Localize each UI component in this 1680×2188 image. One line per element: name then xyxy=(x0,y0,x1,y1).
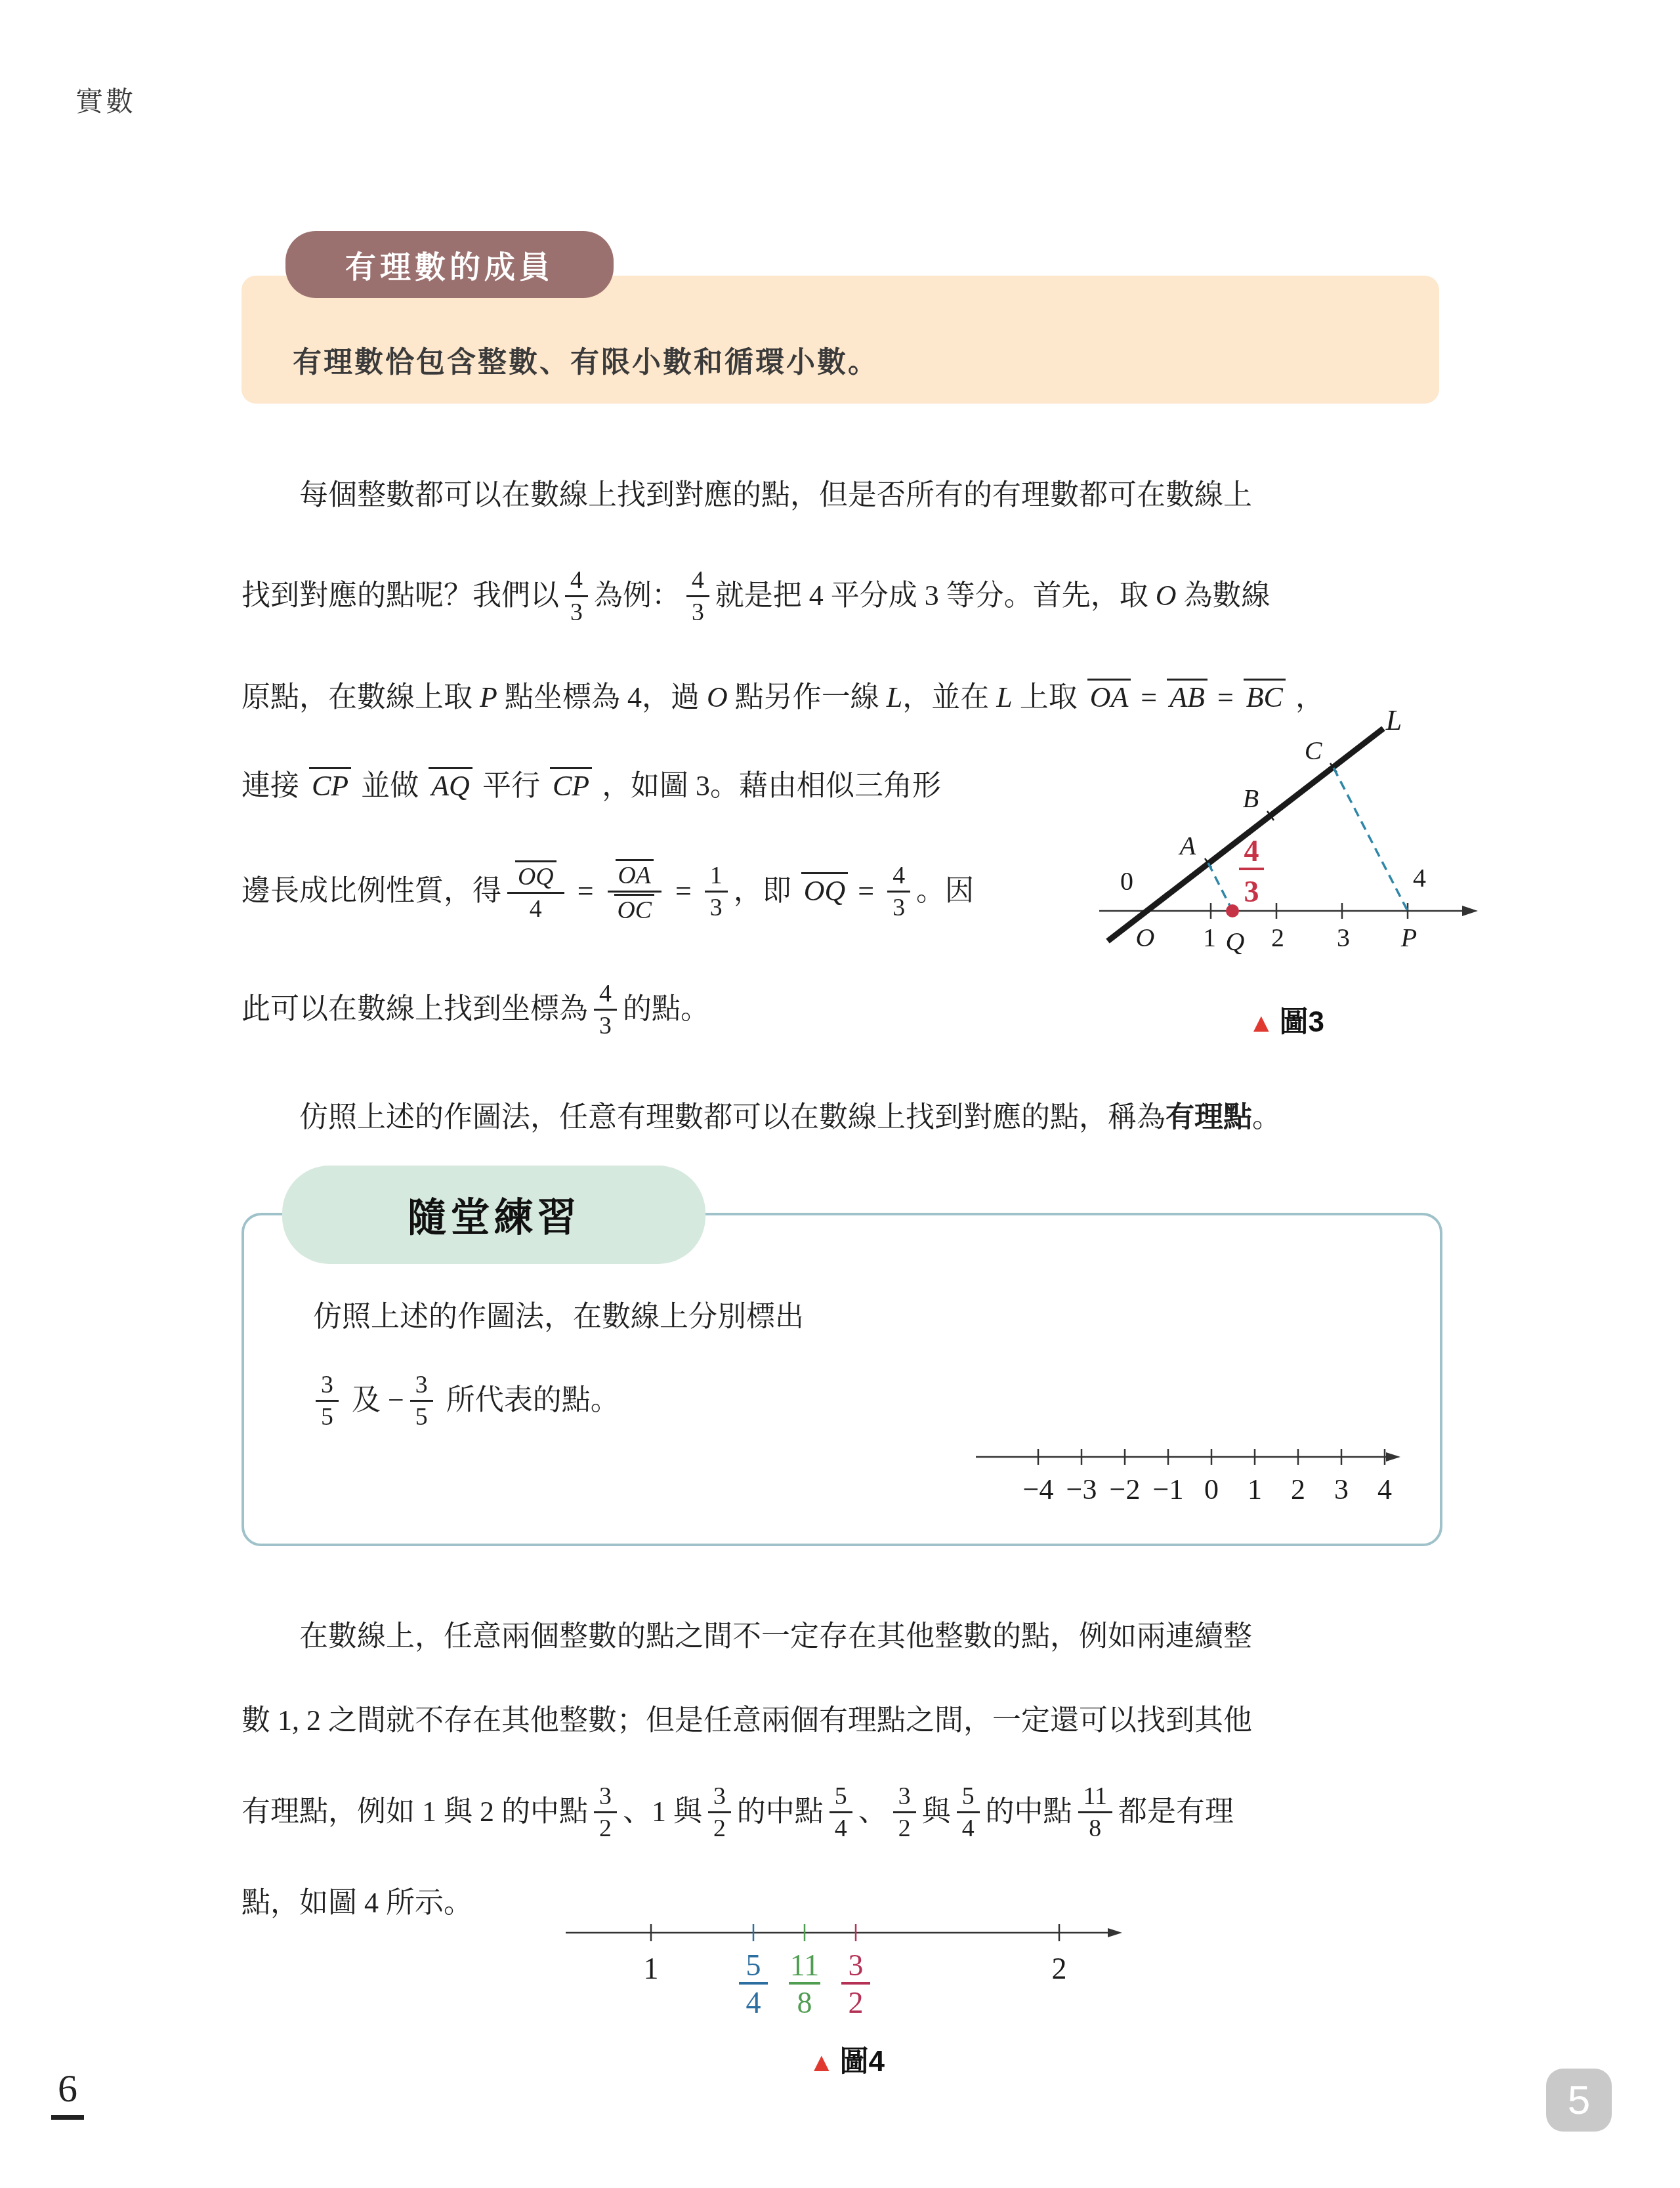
fig4-frac2-num: 11 xyxy=(790,1948,819,1982)
figure-4: 1 2 5 4 11 8 3 2 ▲圖4 xyxy=(564,1913,1155,2080)
svg-text:−1: −1 xyxy=(1153,1473,1184,1505)
fig4-frac1-den: 4 xyxy=(746,1986,761,2019)
p1-line6: 此可以在數線上找到坐標為43的點。 xyxy=(241,952,1062,1066)
fig4-frac3-den: 2 xyxy=(849,1986,864,2019)
fig3-label-L: L xyxy=(1385,704,1402,736)
practice-nl-labels: −4−3 −2−1 01 23 4 xyxy=(1023,1473,1392,1505)
chapter-header: 實數 xyxy=(75,80,136,119)
textbook-page: { "header": { "title": "實數" }, "footer":… xyxy=(0,0,1680,2188)
p1-line1: 每個整數都可以在數線上找到對應的點，但是否所有的有理數都可在數線上 xyxy=(241,453,1470,538)
fig3-label-0: 0 xyxy=(1120,866,1133,896)
figure-4-caption: ▲圖4 xyxy=(564,2038,1129,2080)
fig4-frac2-den: 8 xyxy=(797,1986,812,2019)
fig3-label-P: P xyxy=(1400,923,1417,952)
practice-line2: 35 及 −35 所代表的點。 xyxy=(310,1373,619,1433)
fig3-labels: 0 4 O 1 Q 2 3 P A B C L xyxy=(1120,704,1426,956)
p3-line1: 在數線上，任意兩個整數的點之間不一定存在其他整數的點，例如兩連續整 xyxy=(241,1595,1252,1679)
figure-4-diagram: 1 2 5 4 11 8 3 2 xyxy=(564,1913,1155,2021)
fig3-tick-label-2: 2 xyxy=(1271,923,1284,952)
concept-badge: 有理數的成員 xyxy=(285,231,614,298)
svg-text:4: 4 xyxy=(1244,834,1259,868)
p3-line3: 有理點，例如 1 與 2 的中點32、1 與32的中點54、32與54的中點11… xyxy=(241,1763,1252,1861)
practice-number-line: −4−3 −2−1 01 23 4 xyxy=(973,1439,1406,1512)
practice-box: 隨堂練習 仿照上述的作圖法，在數線上分別標出 35 及 −35 所代表的點。 −… xyxy=(241,1213,1442,1546)
svg-text:1: 1 xyxy=(1248,1473,1262,1505)
figure-3-caption-text: 圖3 xyxy=(1280,1006,1324,1038)
figure-3-diagram: 4 3 0 4 O 1 Q 2 3 P A B C L xyxy=(1089,694,1483,990)
practice-nl-arrow xyxy=(1386,1452,1400,1462)
figure-3-caption: ▲圖3 xyxy=(1089,998,1483,1040)
p3-line2: 數 1, 2 之間就不存在其他整數；但是任意兩個有理點之間，一定還可以找到其他 xyxy=(241,1679,1252,1763)
page-number-right: 5 xyxy=(1546,2069,1612,2132)
concept-box: 有理數的成員 有理數恰包含整數、有限小數和循環小數。 xyxy=(241,276,1439,404)
svg-text:3: 3 xyxy=(1334,1473,1349,1505)
caption-triangle-icon: ▲ xyxy=(1248,1009,1274,1038)
fig3-label-4: 4 xyxy=(1413,863,1426,893)
fig3-label-A: A xyxy=(1178,831,1196,860)
practice-badge: 隨堂練習 xyxy=(282,1166,705,1264)
concept-text: 有理數恰包含整數、有限小數和循環小數。 xyxy=(293,339,879,381)
fig4-frac1-num: 5 xyxy=(746,1948,761,1982)
p1-line4: 連接 CP 並做 AQ 平行 CP ，如圖 3。藉由相似三角形 xyxy=(241,742,1062,830)
svg-text:3: 3 xyxy=(1244,875,1259,908)
main-content: 每個整數都可以在數線上找到對應的點，但是否所有的有理數都可在數線上 找到對應的點… xyxy=(241,453,1470,2080)
fig4-label-1: 1 xyxy=(644,1952,659,1985)
fig3-label-Q: Q xyxy=(1226,927,1245,956)
caption-triangle-icon: ▲ xyxy=(808,2048,835,2077)
svg-text:−3: −3 xyxy=(1066,1473,1097,1505)
fig3-point-Q-dot xyxy=(1226,904,1239,917)
fig3-label-C: C xyxy=(1305,736,1323,765)
fig3-fraction-4-3: 4 3 xyxy=(1239,834,1264,908)
figure-3: 4 3 0 4 O 1 Q 2 3 P A B C L ▲圖3 xyxy=(1089,694,1483,1040)
fig3-label-B: B xyxy=(1243,784,1259,813)
page-number-left: 6 xyxy=(51,2066,84,2120)
fig3-tick-label-3: 3 xyxy=(1337,923,1350,952)
svg-text:4: 4 xyxy=(1377,1473,1392,1505)
svg-text:−4: −4 xyxy=(1023,1473,1054,1505)
practice-line1: 仿照上述的作圖法，在數線上分別標出 xyxy=(313,1293,804,1335)
svg-text:2: 2 xyxy=(1291,1473,1305,1505)
fig4-number-line-arrow xyxy=(1108,1928,1122,1937)
svg-text:−2: −2 xyxy=(1110,1473,1141,1505)
paragraph-3: 在數線上，任意兩個整數的點之間不一定存在其他整數的點，例如兩連續整 數 1, 2… xyxy=(241,1595,1252,1945)
p1-line2: 找到對應的點呢？我們以43為例：43就是把 4 平分成 3 等分。首先，取 O … xyxy=(241,538,1470,653)
fig4-labels: 1 2 5 4 11 8 3 2 xyxy=(644,1948,1067,2019)
fig4-frac3-num: 3 xyxy=(849,1948,864,1982)
fig3-label-O: O xyxy=(1136,923,1155,952)
svg-text:0: 0 xyxy=(1204,1473,1219,1505)
p1-line5: 邊長成比例性質，得OQ4 = OAOC = 13，即 OQ = 43。因 xyxy=(241,830,1062,952)
fig4-label-2: 2 xyxy=(1052,1952,1067,1985)
figure-4-caption-text: 圖4 xyxy=(840,2046,885,2078)
fig3-number-line-arrow xyxy=(1462,906,1478,916)
paragraph-2: 仿照上述的作圖法，任意有理數都可以在數線上找到對應的點，稱為有理點。 xyxy=(241,1073,1281,1162)
fig3-tick-label-1: 1 xyxy=(1203,923,1216,952)
